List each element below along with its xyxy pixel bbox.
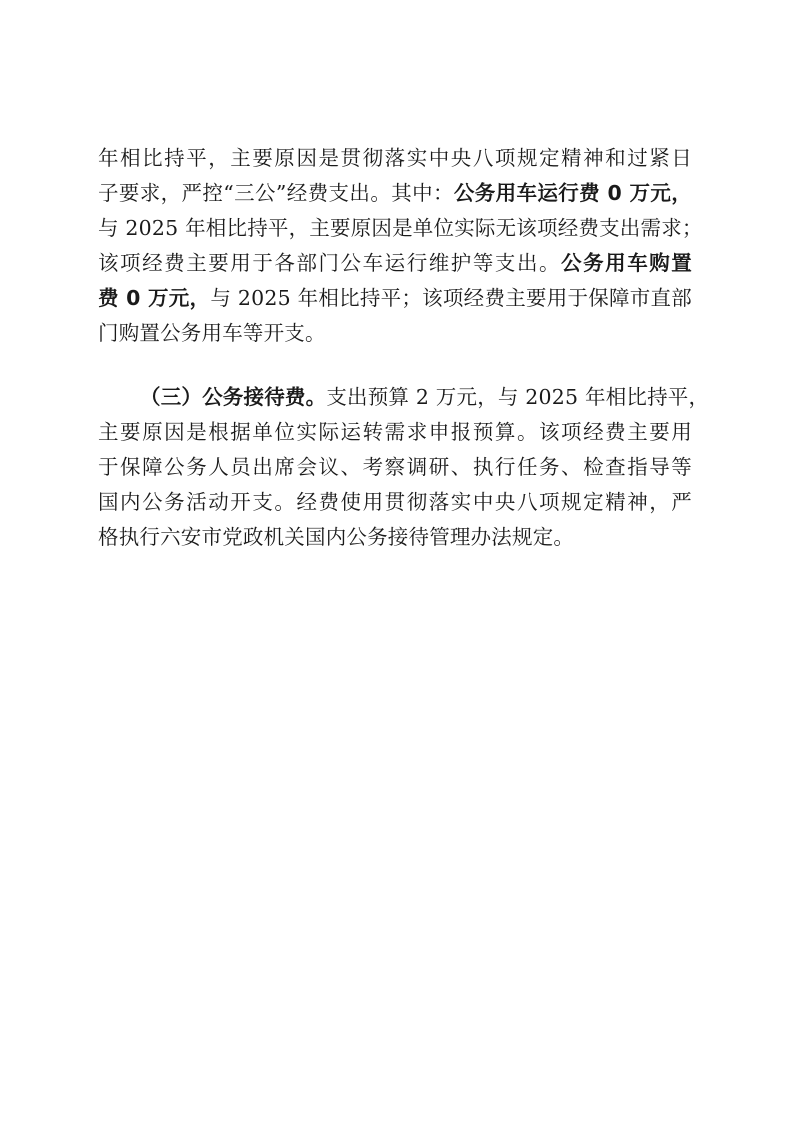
- section-heading-line: （三）公务接待费。支出预算 2 万元，与 2025 年相比持平，: [140, 382, 692, 412]
- car-purchase-fee-highlight: 公务用车购置: [561, 251, 692, 275]
- text-line: 费 0 万元，与 2025 年相比持平；该项经费主要用于保障市直部: [98, 283, 692, 313]
- text-line: 子要求，严控“三公”经费支出。其中：公务用车运行费 0 万元，: [98, 178, 692, 208]
- text-line: 主要原因是根据单位实际运转需求申报预算。该项经费主要用: [98, 417, 692, 447]
- text-segment: 国内公务活动开支。经费使用贯彻落实中央八项规定精神，严: [98, 490, 692, 514]
- text-segment: 格执行六安市党政机关国内公务接待管理办法规定。: [98, 525, 574, 549]
- text-segment: 门购置公务用车等开支。: [98, 321, 326, 345]
- text-segment: 于保障公务人员出席会议、考察调研、执行任务、检查指导等: [98, 455, 692, 479]
- text-line: 于保障公务人员出席会议、考察调研、执行任务、检查指导等: [98, 452, 692, 482]
- text-line: 年相比持平，主要原因是贯彻落实中央八项规定精神和过紧日: [98, 143, 692, 173]
- text-line: 与 2025 年相比持平，主要原因是单位实际无该项经费支出需求；: [98, 213, 692, 243]
- text-line: 门购置公务用车等开支。: [98, 318, 692, 348]
- car-purchase-fee-highlight-cont: 费 0 万元，: [98, 286, 210, 310]
- car-operation-fee-highlight: 公务用车运行费 0 万元，: [454, 181, 692, 205]
- section-heading: （三）公务接待费。: [140, 385, 326, 409]
- text-line: 该项经费主要用于各部门公车运行维护等支出。公务用车购置: [98, 248, 692, 278]
- text-line: 国内公务活动开支。经费使用贯彻落实中央八项规定精神，严: [98, 487, 692, 517]
- text-segment: 与 2025 年相比持平；该项经费主要用于保障市直部: [210, 286, 692, 310]
- text-segment: 与 2025 年相比持平，主要原因是单位实际无该项经费支出需求；: [98, 216, 703, 240]
- document-page: 年相比持平，主要原因是贯彻落实中央八项规定精神和过紧日 子要求，严控“三公”经费…: [0, 0, 793, 1122]
- text-segment: 主要原因是根据单位实际运转需求申报预算。该项经费主要用: [98, 420, 692, 444]
- text-segment: 该项经费主要用于各部门公车运行维护等支出。: [98, 251, 561, 275]
- text-segment: 年相比持平，主要原因是贯彻落实中央八项规定精神和过紧日: [98, 146, 692, 170]
- text-line: 格执行六安市党政机关国内公务接待管理办法规定。: [98, 522, 692, 552]
- text-segment: 子要求，严控“三公”经费支出。其中：: [98, 181, 454, 205]
- text-segment: 支出预算 2 万元，与 2025 年相比持平，: [326, 385, 709, 409]
